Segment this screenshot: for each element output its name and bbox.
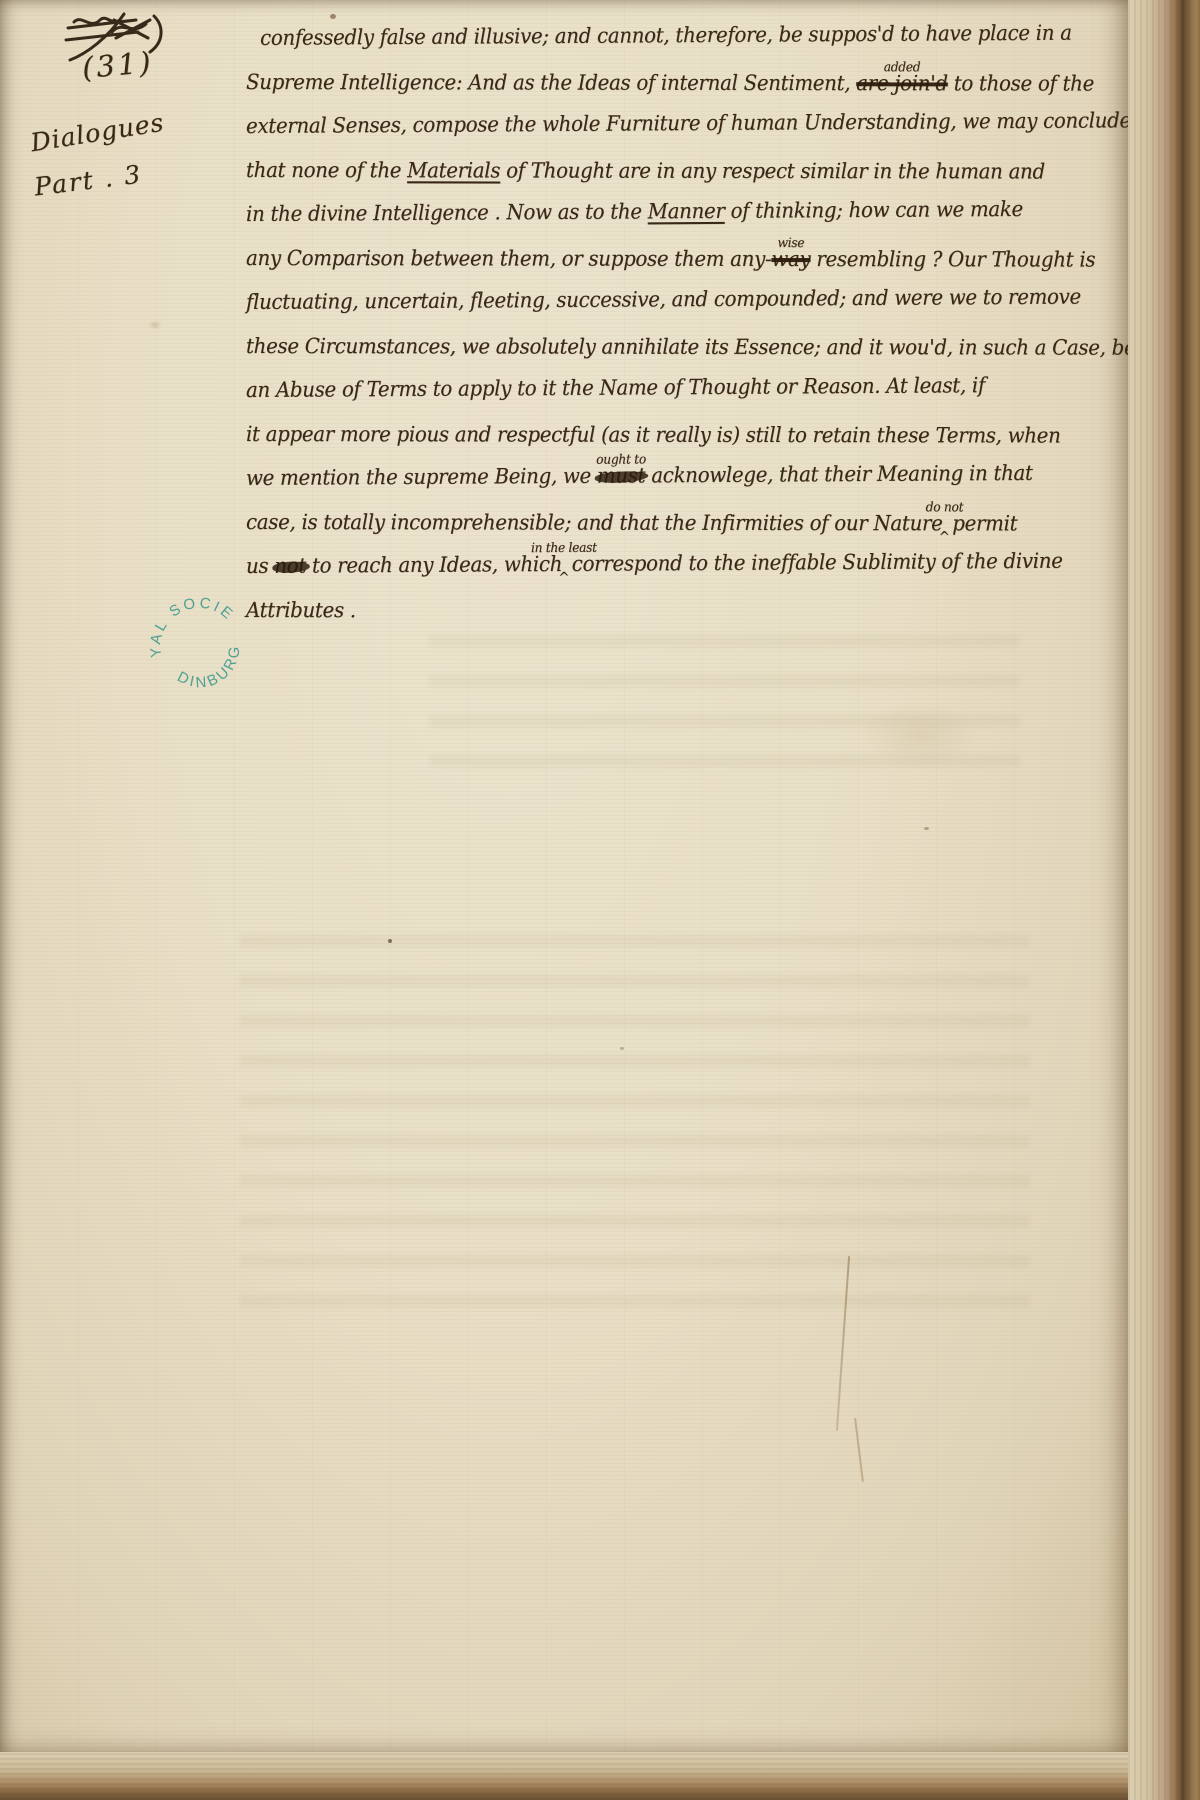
paper-speck (388, 939, 392, 943)
svg-text:EDINBURGH: EDINBURGH (159, 617, 256, 706)
manuscript-line: that none of the Materials of Thought ar… (246, 148, 998, 193)
interlinear-insertion: ought to (596, 454, 646, 467)
paper-page: (31) Dialogues Part . 3 confessedly fals… (0, 0, 1128, 1756)
manuscript-line: external Senses, compose the whole Furni… (246, 99, 998, 148)
paper-stain (860, 700, 980, 770)
manuscript-line: in the divine Intelligence . Now as to t… (246, 187, 998, 236)
manuscript-line: we mention the supreme Being, we mustoug… (246, 451, 998, 500)
manuscript-line: confessedly false and illusive; and cann… (246, 11, 998, 60)
margin-title-part: Part . 3 (33, 160, 144, 202)
manuscript-line: any Comparison between them, or suppose … (246, 236, 998, 281)
manuscript-line: an Abuse of Terms to apply to it the Nam… (246, 363, 998, 412)
paper-speck (330, 14, 336, 19)
manuscript-text: confessedly false and illusive; and cann… (246, 16, 1046, 632)
paper-crack (854, 1418, 864, 1482)
manuscript-line: Supreme Intelligence: And as the Ideas o… (246, 60, 998, 105)
stamp-bottom-text: EDINBURGH (159, 617, 256, 706)
margin-title-dialogues: Dialogues (29, 108, 167, 158)
page-number: (31) (81, 45, 155, 85)
manuscript-line: it appear more pious and respectful (as … (246, 412, 998, 457)
book-page-edges-right (1128, 0, 1200, 1800)
manuscript-line: these Circumstances, we absolutely annih… (246, 324, 998, 369)
manuscript-line: fluctuating, uncertain, fleeting, succes… (246, 275, 998, 324)
interlinear-insertion: do not (926, 501, 964, 514)
verso-ink-showthrough (240, 935, 1030, 1335)
manuscript-line: case, is totally incomprehensible; and t… (246, 500, 998, 545)
manuscript-line: us not to reach any Ideas, which in the … (246, 539, 998, 588)
paper-speck (620, 1047, 624, 1050)
book-page-edges-bottom (0, 1752, 1128, 1800)
interlinear-insertion: wise (778, 237, 805, 250)
manuscript-scan: (31) Dialogues Part . 3 confessedly fals… (0, 0, 1200, 1800)
interlinear-insertion: in the least (531, 542, 597, 555)
paper-speck (924, 827, 929, 830)
interlinear-insertion: added (884, 61, 921, 74)
paper-speck (148, 320, 162, 330)
